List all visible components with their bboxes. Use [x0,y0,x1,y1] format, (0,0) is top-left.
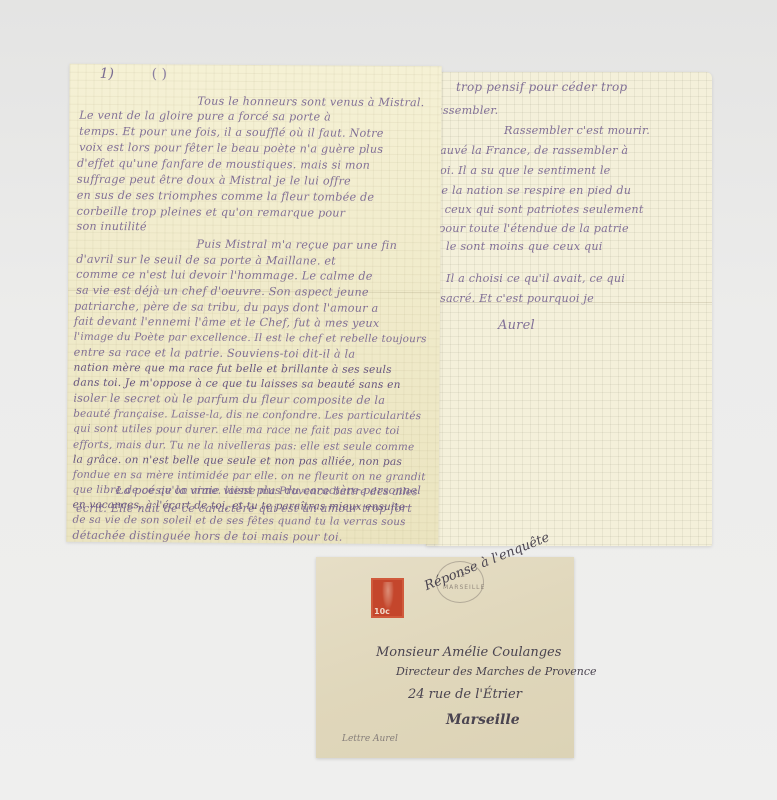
letter-line: suffrage peut être doux à Mistral je le … [77,173,351,188]
letter-line: sacré. Et c'est pourquoi je [440,292,594,305]
letter-line: fait devant l'ennemi l'âme et le Chef, f… [74,315,380,330]
address-recipient: Monsieur Amélie Coulanges [376,645,561,660]
letter-line: détachée distinguée hors de toi mais pou… [72,529,342,544]
address-title: Directeur des Marches de Provence [396,665,597,678]
letter-line: entre sa race et la patrie. Souviens-toi… [74,346,356,361]
letter-line: l'image du Poète par excellence. Il est … [74,331,427,345]
address-city: Marseille [446,712,520,728]
letter-line: corbeille trop pleines et qu'on remarque… [77,205,346,220]
letter-line: sa vie est déjà un chef d'oeuvre. Son as… [76,284,369,299]
letter-line: en sus de ses triomphes comme la fleur t… [77,189,375,204]
sower-figure-icon [382,582,394,610]
letter-line: trop pensif pour céder trop [456,80,627,94]
letter-line: efforts, mais dur. Tu ne la nivelleras p… [73,439,414,453]
envelope: 12 MARSEILLE 10c Réponse à l'enquête Mon… [316,557,574,758]
signature: Aurel [498,318,535,333]
postage-stamp: 10c [371,578,404,618]
letter-line: soi. Il a su que le sentiment le [434,164,610,177]
letter-line: de la nation se respire en pied du [434,184,631,197]
address-street: 24 rue de l'Étrier [408,687,522,702]
letter-line: le sont moins que ceux qui [446,240,603,253]
letter-line: Tous le honneurs sont venus à Mistral. [197,95,424,110]
letter-line: son inutilité [76,220,146,233]
pencil-note: Lettre Aurel [342,734,398,744]
letter-line: la grâce. on n'est belle que seule et no… [73,454,402,468]
page-number: 1) [100,66,114,82]
letter-line: à ceux qui sont patriotes seulement [434,203,644,216]
letter-line: comme ce n'est lui devoir l'hommage. Le … [76,268,373,283]
letter-line: patriarche, père de sa tribu, du pays do… [74,300,378,315]
stamp-value: 10c [374,607,390,616]
letter-line: écrit. Elle naît de ce caractère qui est… [76,502,412,515]
letter-line: assembler. [436,104,498,117]
letter-line: voix est lors pour fêter le beau poète n… [79,141,383,156]
letter-line: temps. Et pour une fois, il a soufflé où… [79,125,383,140]
letter-line: La poésie la vraie vient plus du caractè… [116,484,421,497]
letter-line: d'effet qu'une fanfare de moustiques. ma… [77,157,370,172]
letter-line: nation mère que ma race fut belle et bri… [74,362,392,376]
letter-line: qui sont utiles pour durer. elle ma race… [73,423,400,437]
letter-line: pour toute l'étendue de la patrie [438,222,629,235]
letter-line: Il a choisi ce qu'il avait, ce qui [446,272,625,285]
letter-line: de sa vie de son soleil et de ses fêtes … [72,514,405,528]
letter-line: beauté française. Laisse-la, dis ne conf… [73,408,421,422]
letter-line: Le vent de la gloire pure a forcé sa por… [79,109,331,124]
letter-left-page: 1) ( ) Tous le honneurs sont venus à Mis… [66,64,441,545]
letter-line: dans toi. Je m'oppose à ce que tu laisse… [73,377,400,391]
letter-line: Rassembler c'est mourir. [504,124,650,137]
corner-mark: ( ) [152,66,167,82]
letter-right-page: trop pensif pour céder trop assembler. R… [426,72,712,546]
letter-line: fondue en sa mère intimidée par elle. on… [73,469,426,483]
letter-line: d'avril sur le seuil de sa porte à Maill… [76,253,336,268]
letter-line: sauvé la France, de rassembler à [434,144,628,157]
letter-line: isoler le secret où le parfum du fleur c… [73,392,385,407]
letter-line: Puis Mistral m'a reçue par une fin [196,238,397,252]
